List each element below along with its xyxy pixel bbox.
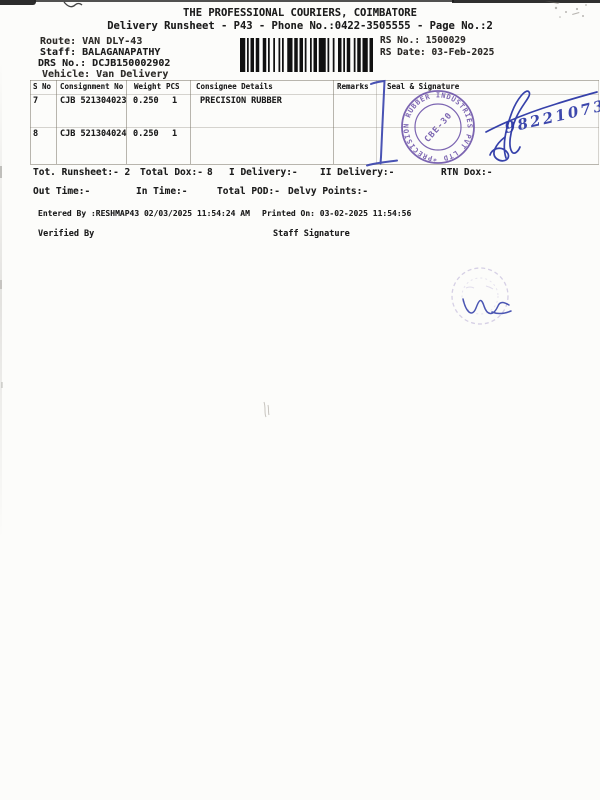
- row-pcs: 1: [172, 97, 177, 106]
- col-header-pcs: PCS: [166, 83, 180, 91]
- table-header-rule: [30, 94, 599, 95]
- delvy-points: Delvy Points:-: [288, 187, 368, 197]
- table-col-line: [598, 80, 599, 164]
- col-header-sno: S No: [33, 83, 51, 91]
- table-col-line: [30, 80, 31, 164]
- i-delivery: I Delivery:-: [229, 168, 298, 178]
- staff-signature: Staff Signature: [273, 230, 350, 239]
- col-header-consignee: Consignee Details: [196, 83, 273, 91]
- scan-speck: [0, 166, 2, 178]
- scan-artifact-top-left: [0, 0, 36, 5]
- total-pod: Total POD:-: [217, 187, 280, 197]
- row-consignee: PRECISION RUBBER: [200, 97, 282, 106]
- col-header-weight: Weight: [134, 83, 161, 91]
- row-pcs: 1: [172, 130, 177, 139]
- rs-date-field: RS Date: 03-Feb-2025: [380, 48, 494, 58]
- row-weight: 0.250: [133, 97, 159, 106]
- scan-artifact-left-streak: [0, 60, 2, 540]
- scan-artifact-squiggle: [64, 2, 82, 7]
- table-border-bottom: [30, 164, 599, 165]
- signature-scribble-ink: [463, 299, 511, 314]
- barcode: [240, 38, 373, 72]
- total-dox-value: 8: [207, 168, 213, 178]
- in-time: In Time:-: [136, 187, 187, 197]
- row-weight: 0.250: [133, 130, 159, 139]
- row-sno: 8: [33, 130, 38, 139]
- rs-no-field: RS No.: 1500029: [380, 36, 466, 46]
- rtn-dox: RTN Dox:-: [441, 168, 492, 178]
- company-title: THE PROFESSIONAL COURIERS, COIMBATORE: [0, 8, 600, 20]
- col-header-remarks: Remarks: [337, 83, 369, 91]
- scan-speck: [0, 280, 2, 289]
- table-col-line: [333, 80, 334, 164]
- scan-artifact-top-line: [34, 0, 454, 2]
- table-col-line: [190, 80, 191, 164]
- scan-artifact-mid-mark: [264, 402, 269, 417]
- scanned-delivery-runsheet: THE PROFESSIONAL COURIERS, COIMBATORE De…: [0, 0, 600, 800]
- scan-speck: [1, 382, 3, 388]
- handwritten-number: 98221073: [503, 96, 600, 137]
- table-col-line: [56, 80, 57, 164]
- faint-stamp: [452, 268, 508, 324]
- scan-artifact-top-right: [452, 0, 600, 3]
- tot-runsheet: Tot. Runsheet:- 2: [33, 168, 130, 178]
- table-col-line: [376, 80, 377, 164]
- out-time: Out Time:-: [33, 187, 90, 197]
- verified-by: Verified By: [38, 230, 94, 239]
- table-col-line: [126, 80, 127, 164]
- drs-no-field: DRS No.: DCJB150002902: [38, 58, 170, 69]
- col-header-consignment: Consignment No: [60, 83, 123, 91]
- ii-delivery: II Delivery:-: [320, 168, 394, 178]
- vehicle-field: Vehicle: Van Delivery: [42, 69, 168, 80]
- staff-field: Staff: BALAGANAPATHY: [40, 47, 160, 58]
- printed-on: Printed On: 03-02-2025 11:54:56: [262, 210, 411, 219]
- route-field: Route: VAN DLY-43: [40, 36, 142, 47]
- document-subtitle: Delivery Runsheet - P43 - Phone No.:0422…: [0, 21, 600, 33]
- row-consignment: CJB 521304023: [60, 97, 127, 106]
- entered-by: Entered By :RESHMAP43 02/03/2025 11:54:2…: [38, 210, 250, 219]
- col-header-seal: Seal & Signature: [387, 83, 459, 91]
- row-consignment: CJB 521304024: [60, 130, 127, 139]
- total-dox-label: Total Dox:-: [140, 168, 203, 178]
- table-border-top: [30, 80, 599, 81]
- row-sno: 7: [33, 97, 38, 106]
